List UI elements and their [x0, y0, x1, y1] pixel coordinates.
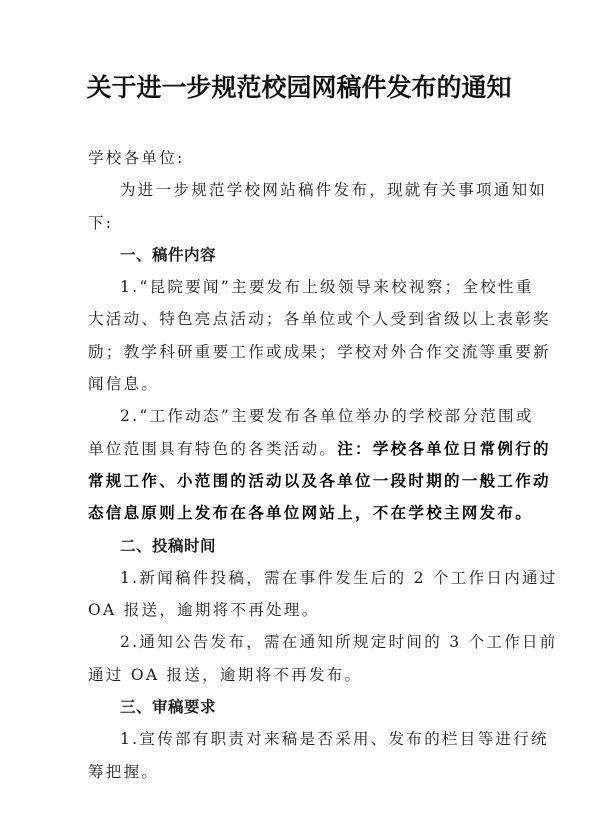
paragraph-line: 1.“昆院要闻”主要发布上级领导来校视察；全校性重 — [88, 271, 512, 303]
paragraph-line: 励；教学科研重要工作或成果；学校对外合作交流等重要新 — [88, 336, 512, 368]
paragraph-line: 筹把握。 — [88, 756, 512, 788]
paragraph-line: 2.通知公告发布，需在通知所规定时间的 3 个工作日前 — [88, 626, 512, 658]
note-bold-line: 态信息原则上发布在各单位网站上，不在学校主网发布。 — [88, 497, 512, 529]
salutation: 学校各单位: — [88, 142, 512, 174]
paragraph-line: 通过 OA 报送，逾期将不再发布。 — [88, 659, 512, 691]
intro-line: 为进一步规范学校网站稿件发布，现就有关事项通知如 — [88, 174, 512, 206]
paragraph-line: OA 报送，逾期将不再处理。 — [88, 594, 512, 626]
intro-line: 下: — [88, 207, 512, 239]
paragraph-line: 单位范围具有特色的各类活动。注：学校各单位日常例行的 — [88, 433, 512, 465]
document-title: 关于进一步规范校园网稿件发布的通知 — [0, 70, 598, 106]
section-heading-content: 一、稿件内容 — [88, 239, 512, 271]
note-bold-text: 注：学校各单位日常例行的 — [337, 439, 551, 458]
paragraph-line: 闻信息。 — [88, 368, 512, 400]
paragraph-line: 2.“工作动态”主要发布各单位举办的学校部分范围或 — [88, 400, 512, 432]
paragraph-text: 单位范围具有特色的各类活动。 — [88, 440, 337, 458]
paragraph-line: 1.宣传部有职责对来稿是否采用、发布的栏目等进行统 — [88, 723, 512, 755]
paragraph-line: 1.新闻稿件投稿，需在事件发生后的 2 个工作日内通过 — [88, 562, 512, 594]
paragraph-line: 大活动、特色亮点活动；各单位或个人受到省级以上表彰奖 — [88, 303, 512, 335]
document-page: 关于进一步规范校园网稿件发布的通知 学校各单位: 为进一步规范学校网站稿件发布，… — [0, 0, 598, 831]
document-body: 学校各单位: 为进一步规范学校网站稿件发布，现就有关事项通知如 下: 一、稿件内… — [88, 142, 512, 788]
note-bold-line: 常规工作、小范围的活动以及各单位一段时期的一般工作动 — [88, 465, 512, 497]
section-heading-time: 二、投稿时间 — [88, 530, 512, 562]
section-heading-review: 三、审稿要求 — [88, 691, 512, 723]
